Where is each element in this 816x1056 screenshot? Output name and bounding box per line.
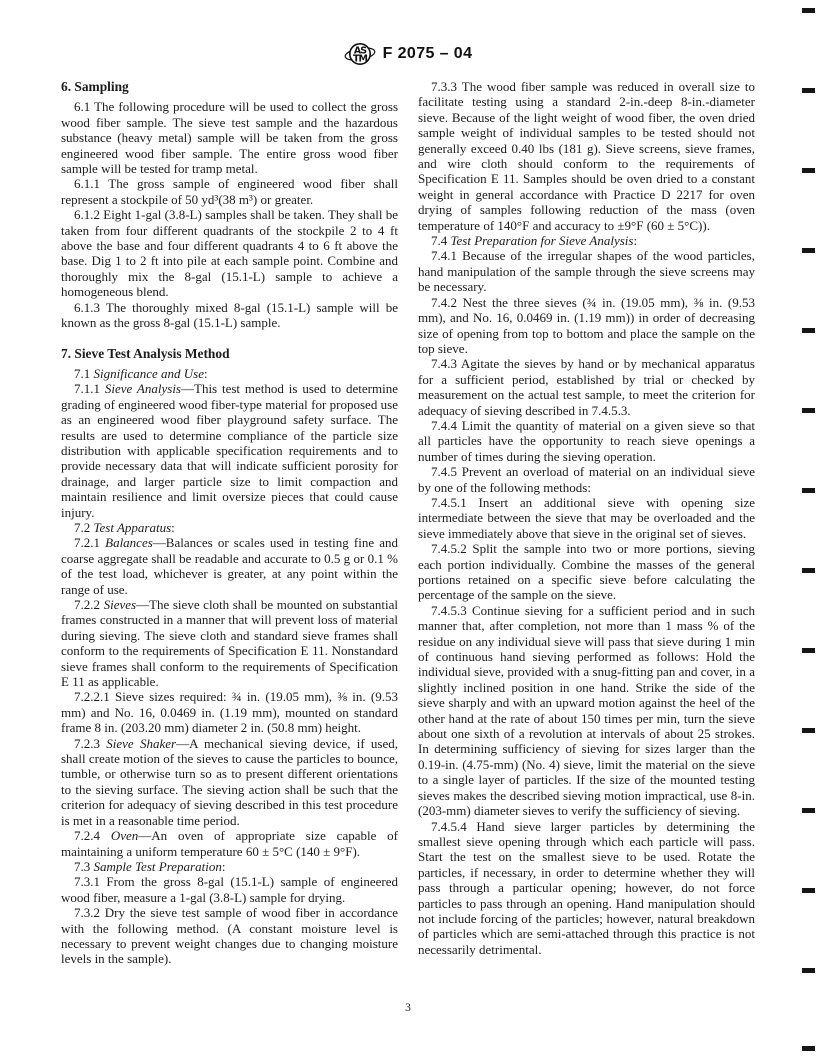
paragraph: 6.1.3 The thoroughly mixed 8-gal (15.1-L…: [61, 300, 398, 331]
paragraph: 7.4.5.1 Insert an additional sieve with …: [418, 495, 755, 541]
scan-mark: [802, 248, 815, 253]
scan-mark: [802, 968, 815, 973]
paragraph: 7.2.1 Balances—Balances or scales used i…: [61, 535, 398, 597]
section-heading: 6. Sampling: [61, 79, 398, 94]
paragraph: 7.2.2.1 Sieve sizes required: ¾ in. (19.…: [61, 689, 398, 735]
paragraph: 7.3.2 Dry the sieve test sample of wood …: [61, 905, 398, 967]
paragraph: 7.4.3 Agitate the sieves by hand or by m…: [418, 356, 755, 418]
astm-logo-icon: AS TM: [344, 40, 376, 68]
page-header: AS TM F 2075 – 04: [0, 40, 816, 68]
page-number: 3: [405, 1002, 411, 1014]
scan-mark: [802, 408, 815, 413]
right-column: 7.3.3 The wood fiber sample was reduced …: [418, 79, 755, 967]
paragraph: 6.1 The following procedure will be used…: [61, 99, 398, 176]
scan-mark: [802, 488, 815, 493]
scan-mark: [802, 808, 815, 813]
page-footer: 3: [0, 1002, 816, 1014]
paragraph: 7.3 Sample Test Preparation:: [61, 859, 398, 874]
scan-mark: [802, 168, 815, 173]
paragraph: 7.4.2 Nest the three sieves (¾ in. (19.0…: [418, 295, 755, 357]
paragraph: 7.4.1 Because of the irregular shapes of…: [418, 248, 755, 294]
paragraph: 7.4.5 Prevent an overload of material on…: [418, 464, 755, 495]
paragraph: 7.1 Significance and Use:: [61, 366, 398, 381]
paragraph: 6.1.1 The gross sample of engineered woo…: [61, 176, 398, 207]
paragraph: 6.1.2 Eight 1-gal (3.8-L) samples shall …: [61, 207, 398, 299]
scan-mark: [802, 568, 815, 573]
paragraph: 7.4 Test Preparation for Sieve Analysis:: [418, 233, 755, 248]
section-heading: 7. Sieve Test Analysis Method: [61, 346, 398, 361]
doc-number: F 2075 – 04: [383, 45, 473, 63]
paragraph: 7.1.1 Sieve Analysis—This test method is…: [61, 381, 398, 520]
scan-mark: [802, 888, 815, 893]
document-page: AS TM F 2075 – 04 6. Sampling6.1 The fol…: [0, 0, 816, 1056]
paragraph: 7.2.3 Sieve Shaker—A mechanical sieving …: [61, 736, 398, 828]
paragraph: 7.3.1 From the gross 8-gal (15.1-L) samp…: [61, 874, 398, 905]
scan-mark: [802, 728, 815, 733]
document-body: 6. Sampling6.1 The following procedure w…: [61, 79, 756, 967]
paragraph: 7.2.2 Sieves—The sieve cloth shall be mo…: [61, 597, 398, 689]
scan-mark: [802, 648, 815, 653]
scan-mark: [802, 328, 815, 333]
scan-mark: [802, 88, 815, 93]
svg-text:TM: TM: [353, 54, 367, 65]
paragraph: 7.2 Test Apparatus:: [61, 520, 398, 535]
scan-mark: [802, 1046, 815, 1051]
left-column: 6. Sampling6.1 The following procedure w…: [61, 79, 398, 967]
scan-mark: [802, 8, 815, 13]
paragraph: 7.4.4 Limit the quantity of material on …: [418, 418, 755, 464]
paragraph: 7.4.5.3 Continue sieving for a sufficien…: [418, 603, 755, 819]
paragraph: 7.4.5.2 Split the sample into two or mor…: [418, 541, 755, 603]
paragraph: 7.2.4 Oven—An oven of appropriate size c…: [61, 828, 398, 859]
paragraph: 7.4.5.4 Hand sieve larger particles by d…: [418, 819, 755, 958]
paragraph: 7.3.3 The wood fiber sample was reduced …: [418, 79, 755, 233]
